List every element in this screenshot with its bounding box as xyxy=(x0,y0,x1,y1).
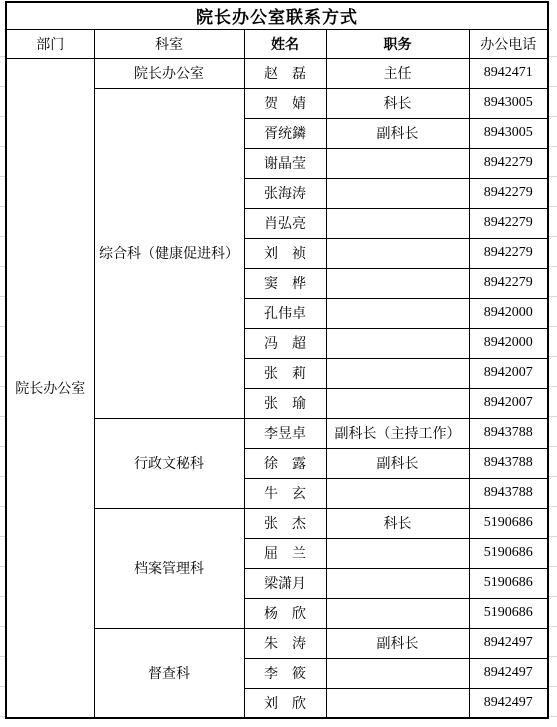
phone-cell: 8942497 xyxy=(469,688,548,718)
name-cell: 徐 露 xyxy=(244,448,326,478)
name-cell: 张 瑜 xyxy=(244,388,326,418)
contact-table: 院长办公室联系方式 部门 科室 姓名 职务 办公电话 院长办公室院长办公室赵 磊… xyxy=(5,1,549,719)
position-cell: 副科长 xyxy=(326,448,469,478)
phone-cell: 8942279 xyxy=(469,178,548,208)
phone-cell: 5190686 xyxy=(469,538,548,568)
position-cell xyxy=(326,178,469,208)
phone-cell: 8942007 xyxy=(469,388,548,418)
position-cell xyxy=(326,658,469,688)
col-header-section: 科室 xyxy=(94,29,244,58)
phone-cell: 8943788 xyxy=(469,448,548,478)
name-cell: 孔伟卓 xyxy=(244,298,326,328)
section-cell: 行政文秘科 xyxy=(94,418,244,508)
name-cell: 李昱卓 xyxy=(244,418,326,448)
name-cell: 肖弘亮 xyxy=(244,208,326,238)
phone-cell: 8943788 xyxy=(469,418,548,448)
phone-cell: 5190686 xyxy=(469,598,548,628)
section-cell: 综合科（健康促进科） xyxy=(94,88,244,418)
name-cell: 谢晶莹 xyxy=(244,148,326,178)
col-header-position: 职务 xyxy=(326,29,469,58)
position-cell xyxy=(326,148,469,178)
position-cell xyxy=(326,238,469,268)
position-cell: 科长 xyxy=(326,88,469,118)
position-cell xyxy=(326,598,469,628)
position-cell xyxy=(326,358,469,388)
name-cell: 李 筱 xyxy=(244,658,326,688)
section-cell: 档案管理科 xyxy=(94,508,244,628)
name-cell: 屈 兰 xyxy=(244,538,326,568)
col-header-department: 部门 xyxy=(6,29,94,58)
phone-cell: 5190686 xyxy=(469,568,548,598)
position-cell: 副科长（主持工作） xyxy=(326,418,469,448)
name-cell: 张 莉 xyxy=(244,358,326,388)
phone-cell: 8942279 xyxy=(469,208,548,238)
name-cell: 张 杰 xyxy=(244,508,326,538)
position-cell: 科长 xyxy=(326,508,469,538)
position-cell: 副科长 xyxy=(326,628,469,658)
position-cell xyxy=(326,388,469,418)
position-cell xyxy=(326,688,469,718)
phone-cell: 8942000 xyxy=(469,298,548,328)
position-cell xyxy=(326,478,469,508)
name-cell: 杨 欣 xyxy=(244,598,326,628)
position-cell xyxy=(326,268,469,298)
section-cell: 院长办公室 xyxy=(94,58,244,88)
phone-cell: 8942007 xyxy=(469,358,548,388)
position-cell: 主任 xyxy=(326,58,469,88)
name-cell: 窦 桦 xyxy=(244,268,326,298)
phone-cell: 8942279 xyxy=(469,238,548,268)
position-cell xyxy=(326,298,469,328)
phone-cell: 8942497 xyxy=(469,628,548,658)
position-cell xyxy=(326,328,469,358)
phone-cell: 8942279 xyxy=(469,268,548,298)
phone-cell: 8942000 xyxy=(469,328,548,358)
header-row: 部门 科室 姓名 职务 办公电话 xyxy=(6,29,548,58)
name-cell: 赵 磊 xyxy=(244,58,326,88)
name-cell: 牛 玄 xyxy=(244,478,326,508)
table-title: 院长办公室联系方式 xyxy=(6,2,548,29)
name-cell: 贺 婧 xyxy=(244,88,326,118)
name-cell: 梁潇月 xyxy=(244,568,326,598)
table-row: 院长办公室院长办公室赵 磊主任8942471 xyxy=(6,58,548,88)
name-cell: 刘 欣 xyxy=(244,688,326,718)
name-cell: 朱 涛 xyxy=(244,628,326,658)
position-cell xyxy=(326,538,469,568)
position-cell: 副科长 xyxy=(326,118,469,148)
phone-cell: 8942497 xyxy=(469,658,548,688)
phone-cell: 8943005 xyxy=(469,118,548,148)
col-header-phone: 办公电话 xyxy=(469,29,548,58)
name-cell: 刘 祯 xyxy=(244,238,326,268)
phone-cell: 8942471 xyxy=(469,58,548,88)
phone-cell: 8943788 xyxy=(469,478,548,508)
title-row: 院长办公室联系方式 xyxy=(6,2,548,29)
col-header-name: 姓名 xyxy=(244,29,326,58)
phone-cell: 8943005 xyxy=(469,88,548,118)
section-cell: 督查科 xyxy=(94,628,244,718)
phone-cell: 5190686 xyxy=(469,508,548,538)
department-cell: 院长办公室 xyxy=(6,58,94,718)
position-cell xyxy=(326,568,469,598)
name-cell: 胥统鏻 xyxy=(244,118,326,148)
position-cell xyxy=(326,208,469,238)
name-cell: 冯 超 xyxy=(244,328,326,358)
name-cell: 张海涛 xyxy=(244,178,326,208)
page: 院长办公室联系方式 部门 科室 姓名 职务 办公电话 院长办公室院长办公室赵 磊… xyxy=(0,0,557,727)
phone-cell: 8942279 xyxy=(469,148,548,178)
